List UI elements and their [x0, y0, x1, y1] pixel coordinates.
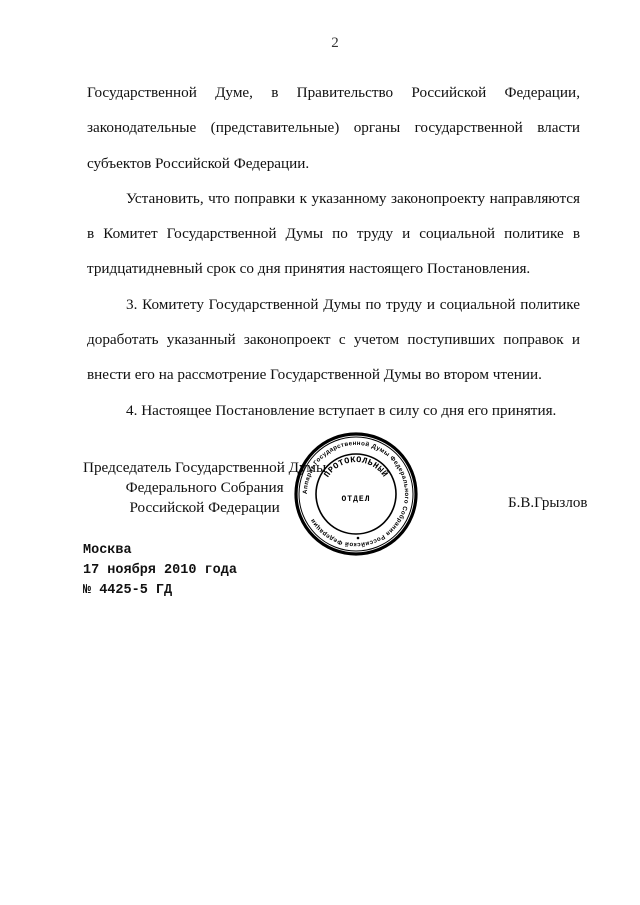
signer-title-line: Российской Федерации	[83, 498, 326, 518]
signer-name: Б.В.Грызлов	[508, 495, 587, 512]
text-line: 3. Комитету Государственной Думы по труд…	[87, 287, 580, 322]
date: 17 ноября 2010 года	[83, 561, 237, 581]
document-body: Государственной Думе, в Правительство Ро…	[87, 75, 580, 428]
paragraph-4: 4. Настоящее Постановление вступает в си…	[87, 393, 580, 428]
text-line: Государственной Думе, в Правительство Ро…	[87, 75, 580, 110]
text-line: доработать указанный законопроект с учет…	[87, 322, 580, 357]
stamp-center-top: ПРОТОКОЛЬНЫЙ	[322, 455, 391, 480]
text-line: внести его на рассмотрение Государственн…	[87, 357, 580, 392]
signer-title-line: Председатель Государственной Думы	[83, 458, 326, 478]
text-line: законодательные (представительные) орган…	[87, 110, 580, 145]
page-number: 2	[320, 35, 350, 52]
text-line: Установить, что поправки к указанному за…	[87, 181, 580, 216]
signer-title-line: Федерального Собрания	[83, 478, 326, 498]
paragraph-1: Государственной Думе, в Правительство Ро…	[87, 75, 580, 181]
city: Москва	[83, 541, 237, 561]
text-line: тридцатидневный срок со дня принятия нас…	[87, 251, 580, 286]
signature-block: Председатель Государственной Думы Федера…	[83, 458, 326, 518]
stamp-seal-icon: Аппарат Государственной Думы Федеральног…	[293, 431, 419, 557]
paragraph-2: Установить, что поправки к указанному за…	[87, 181, 580, 287]
document-number: № 4425-5 ГД	[83, 581, 237, 601]
signer-title: Председатель Государственной Думы Федера…	[83, 458, 326, 518]
official-stamp: Аппарат Государственной Думы Федеральног…	[293, 431, 419, 557]
paragraph-3: 3. Комитету Государственной Думы по труд…	[87, 287, 580, 393]
document-footer: Москва 17 ноября 2010 года № 4425-5 ГД	[83, 541, 237, 601]
svg-text:ПРОТОКОЛЬНЫЙ: ПРОТОКОЛЬНЫЙ	[322, 455, 391, 480]
text-line: в Комитет Государственной Думы по труду …	[87, 216, 580, 251]
stamp-center-bottom: ОТДЕЛ	[341, 495, 370, 504]
stamp-ring-text: Аппарат Государственной Думы Федеральног…	[302, 440, 410, 548]
svg-text:Аппарат Государственной Думы Ф: Аппарат Государственной Думы Федеральног…	[302, 440, 410, 548]
document-page: 2 Государственной Думе, в Правительство …	[0, 0, 640, 905]
text-line: 4. Настоящее Постановление вступает в си…	[87, 393, 580, 428]
text-line: субъектов Российской Федерации.	[87, 146, 580, 181]
